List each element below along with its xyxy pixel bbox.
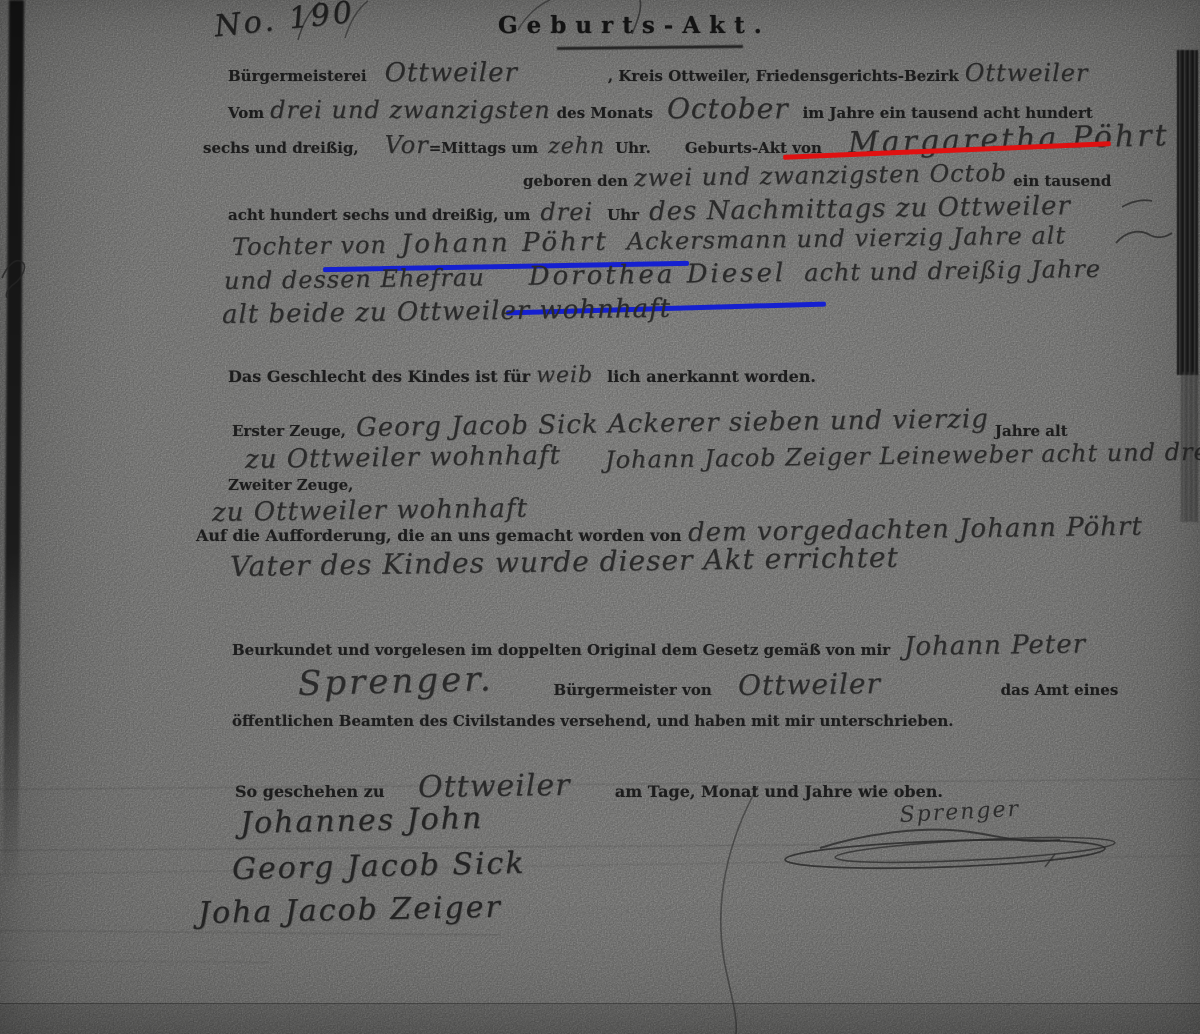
handwritten-text: alt beide zu Ottweiler wohnhaft bbox=[222, 294, 672, 330]
handwritten-text: October bbox=[667, 92, 789, 125]
handwritten-text: Ottweiler bbox=[738, 667, 881, 702]
signature-witness-1: Johannes John bbox=[240, 801, 484, 841]
printed-text: =Mittags um bbox=[429, 139, 538, 157]
line-witness-1b: zu Ottweiler wohnhaft Johann Jacob Zeige… bbox=[245, 445, 1200, 475]
crease-line bbox=[0, 930, 500, 935]
line-municipality: Bürgermeisterei Ottweiler , Kreis Ottwei… bbox=[228, 58, 1088, 88]
crease-line bbox=[0, 960, 270, 963]
line-request-2: Vater des Kindes wurde dieser Akt errich… bbox=[230, 550, 899, 583]
document-number: No. 190 bbox=[213, 0, 357, 44]
mother-name-handwritten: Dorothea Diesel bbox=[528, 258, 786, 292]
line-certify-3: öffentlichen Beamten des Civilstandes ve… bbox=[232, 712, 954, 730]
printed-text: Erster Zeuge, bbox=[232, 422, 346, 440]
line-date-2: sechs und dreißig, Vor =Mittags um zehn … bbox=[203, 126, 1170, 161]
printed-text: acht hundert sechs und dreißig, um bbox=[228, 206, 530, 224]
line-witness-2-label: Zweiter Zeuge, bbox=[228, 476, 353, 494]
printed-text: öffentlichen Beamten des Civilstandes ve… bbox=[232, 712, 954, 730]
printed-text: lich anerkannt worden. bbox=[607, 367, 816, 386]
signature-witness-3: Joha Jacob Zeiger bbox=[198, 890, 503, 931]
printed-text: So geschehen zu bbox=[235, 782, 384, 801]
printed-text: des Monats bbox=[557, 104, 653, 122]
mayor-signature-handwritten: Sprenger. bbox=[298, 659, 494, 704]
handwritten-text: Ottweiler bbox=[965, 59, 1089, 87]
crease-line bbox=[0, 855, 1200, 875]
book-binding-shadow bbox=[3, 0, 24, 885]
printed-text: Zweiter Zeuge, bbox=[228, 476, 353, 494]
handwritten-text: Tochter von bbox=[232, 231, 387, 261]
printed-text: Vom bbox=[228, 104, 264, 122]
father-name-handwritten: Johann Pöhrt bbox=[401, 227, 609, 260]
handwritten-text: Georg Jacob Sick Ackerer sieben und vier… bbox=[356, 404, 989, 443]
line-certify-1: Beurkundet und vorgelesen im doppelten O… bbox=[232, 632, 1086, 662]
printed-text: Bürgermeisterei bbox=[228, 67, 367, 85]
printed-text: geboren den bbox=[523, 172, 628, 190]
handwritten-text: zwei und zwanzigsten Octob bbox=[634, 159, 1007, 192]
official-signature-flourish: Sprenger bbox=[760, 792, 1130, 887]
handwritten-text: acht und dreißig Jahre bbox=[804, 255, 1101, 287]
handwritten-text: zu Ottweiler wohnhaft bbox=[245, 441, 561, 475]
line-certify-2: Sprenger. Bürgermeister von Ottweiler da… bbox=[298, 664, 1118, 704]
title-underline bbox=[557, 45, 743, 50]
handwritten-text: Johann Peter bbox=[904, 629, 1086, 662]
line-closing: So geschehen zu Ottweiler am Tage, Monat… bbox=[235, 770, 943, 805]
scan-bottom-edge bbox=[0, 1003, 1200, 1034]
printed-text: Beurkundet und vorgelesen im doppelten O… bbox=[232, 641, 890, 659]
printed-text: Das Geschlecht des Kindes ist für bbox=[228, 367, 530, 386]
line-witness-1: Erster Zeuge, Georg Jacob Sick Ackerer s… bbox=[232, 413, 1068, 443]
line-parents-3: alt beide zu Ottweiler wohnhaft bbox=[222, 294, 672, 330]
handwritten-text: zehn bbox=[548, 134, 605, 159]
line-date-1: Vom drei und zwanzigsten des Monats Octo… bbox=[228, 92, 1093, 125]
margin-ink-fragment bbox=[1112, 195, 1182, 265]
handwritten-text: weib bbox=[536, 363, 593, 388]
handwritten-text: drei bbox=[540, 198, 593, 226]
printed-text: sechs und dreißig, bbox=[203, 139, 359, 157]
printed-text: das Amt eines bbox=[1001, 681, 1119, 699]
document-scan: No. 190 Geburts-Akt. Bürgermeisterei Ott… bbox=[0, 0, 1200, 1034]
printed-text: ein tausend bbox=[1013, 172, 1111, 190]
handwritten-text: und dessen Ehefrau bbox=[224, 263, 485, 295]
printed-text: am Tage, Monat und Jahre wie oben. bbox=[615, 782, 943, 801]
printed-text: , Kreis Ottweiler, Friedensgerichts-Bezi… bbox=[608, 67, 959, 85]
handwritten-text: Ottweiler bbox=[418, 768, 571, 805]
printed-text: Uhr bbox=[607, 206, 639, 224]
handwritten-text: Ackersmann und vierzig Jahre alt bbox=[626, 221, 1066, 255]
printed-text: Uhr. bbox=[615, 139, 651, 157]
line-gender: Das Geschlecht des Kindes ist für weib l… bbox=[228, 363, 816, 388]
signature-witness-2: Georg Jacob Sick bbox=[232, 846, 526, 887]
handwritten-text: Vor bbox=[385, 131, 429, 159]
printed-text: Jahre alt bbox=[995, 422, 1068, 440]
page-edge-shadow bbox=[1177, 50, 1198, 375]
curved-pen-stroke bbox=[690, 780, 800, 1034]
printed-text: Bürgermeister von bbox=[554, 681, 712, 699]
document-title: Geburts-Akt. bbox=[498, 12, 771, 39]
printed-text: Auf die Aufforderung, die an uns gemacht… bbox=[196, 526, 682, 545]
handwritten-text: Ottweiler bbox=[385, 58, 518, 88]
printed-text: im Jahre ein tausend acht hundert bbox=[803, 104, 1093, 122]
handwritten-text: drei und zwanzigsten bbox=[270, 96, 551, 124]
line-born-1: geboren den zwei und zwanzigsten Octob e… bbox=[523, 164, 1111, 192]
